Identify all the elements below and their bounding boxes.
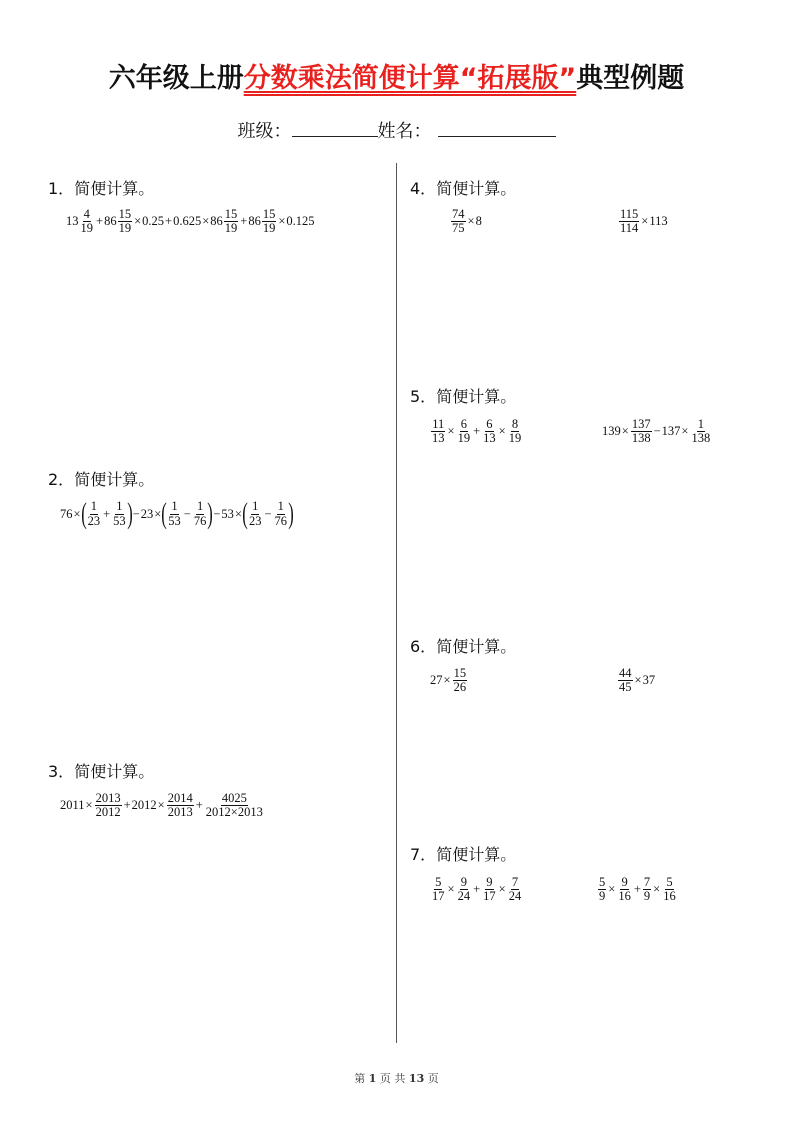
question-number: 6．	[410, 637, 436, 656]
expression-7a: 517 × 924 + 917 × 724	[430, 876, 523, 903]
question-number: 3．	[48, 762, 74, 781]
question-3: 3．简便计算。	[48, 759, 154, 782]
expression-5a: 1113 × 619 + 613 × 819	[430, 418, 523, 445]
question-heading: 简便计算。	[74, 470, 154, 489]
fraction: 1519	[262, 208, 277, 235]
question-1: 1．简便计算。	[48, 176, 154, 199]
expression-5b: 139× 137138 −137× 1138	[602, 418, 712, 445]
question-4: 4．简便计算。	[410, 176, 516, 199]
class-blank[interactable]	[292, 118, 378, 137]
name-label: 姓名：	[378, 121, 432, 142]
fraction: 1519	[224, 208, 239, 235]
question-heading: 简便计算。	[74, 762, 154, 781]
question-6: 6．简便计算。	[410, 634, 516, 657]
fraction: 1519	[118, 208, 133, 235]
student-info: 班级：姓名：	[0, 117, 793, 143]
question-heading: 简便计算。	[436, 845, 516, 864]
expression-6a: 27× 1526	[430, 667, 468, 694]
expression-4b: 115114 ×113	[618, 208, 668, 235]
expression-2: 76× ( 123 + 153 ) −23× ( 153 − 176 ) −53…	[60, 499, 293, 529]
current-page: 1	[369, 1072, 377, 1085]
question-number: 7．	[410, 845, 436, 864]
question-heading: 简便计算。	[436, 179, 516, 198]
class-label: 班级：	[238, 121, 292, 142]
question-number: 5．	[410, 387, 436, 406]
question-number: 4．	[410, 179, 436, 198]
question-heading: 简便计算。	[436, 637, 516, 656]
expression-7b: 59 × 916 + 79 × 516	[597, 876, 678, 903]
question-heading: 简便计算。	[436, 387, 516, 406]
question-heading: 简便计算。	[74, 179, 154, 198]
title-prefix: 六年级上册	[109, 63, 244, 94]
question-2: 2．简便计算。	[48, 467, 154, 490]
expression-4a: 7475 ×8	[450, 208, 482, 235]
expression-3: 2011× 20132012 +2012× 20142013 + 4025201…	[60, 792, 265, 819]
question-5: 5．简便计算。	[410, 384, 516, 407]
question-number: 2．	[48, 470, 74, 489]
fraction: 419	[80, 208, 95, 235]
page-title: 六年级上册分数乘法简便计算“拓展版”典型例题	[0, 56, 793, 95]
name-blank[interactable]	[438, 118, 556, 137]
whole: 13	[66, 214, 79, 229]
question-7: 7．简便计算。	[410, 842, 516, 865]
question-number: 1．	[48, 179, 74, 198]
expression-1: 13 419 +86 1519 ×0.25 +0.625 ×86 1519 +8…	[66, 208, 315, 235]
title-highlight: 分数乘法简便计算“拓展版”	[244, 63, 577, 94]
page-footer: 第 1 页 共 13 页	[0, 1070, 793, 1086]
expression-6b: 4445 ×37	[617, 667, 655, 694]
column-divider	[396, 163, 397, 1043]
title-suffix: 典型例题	[576, 63, 684, 94]
total-pages: 13	[409, 1072, 424, 1085]
